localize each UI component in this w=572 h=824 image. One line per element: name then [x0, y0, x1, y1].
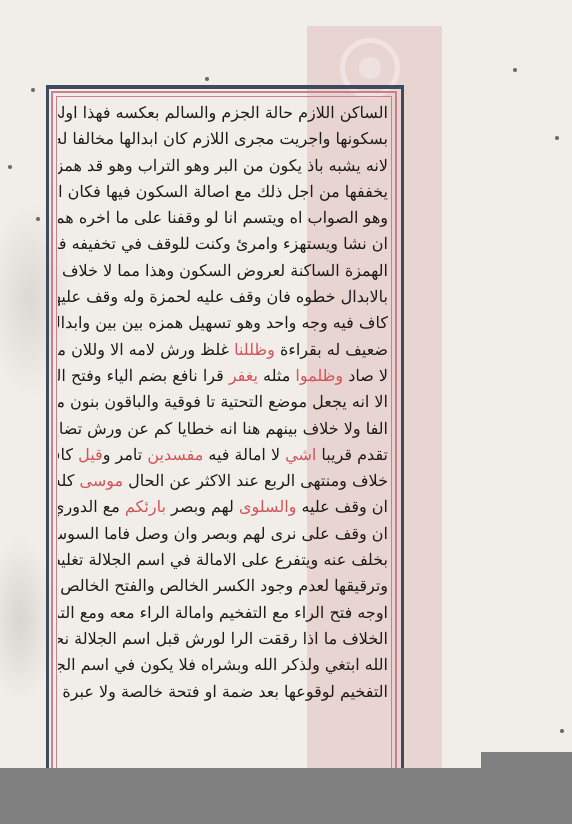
rubric-word: قيل	[78, 445, 103, 464]
ink-speck	[555, 136, 559, 140]
text-line: يخففها من اجل ذلك مع اصالة السكون فيها ف…	[58, 179, 388, 205]
text-line: خلاف ومنتهى الربع عند الاكثر عن الحال مو…	[58, 468, 388, 494]
text-line: كاف فيه وجه واحد وهو تسهيل همزه بين بين …	[58, 310, 388, 336]
rubric-word: وظللنا	[234, 340, 275, 359]
ink-speck	[8, 165, 12, 169]
rubric-word: يغفر	[229, 366, 258, 385]
ink-speck	[560, 729, 564, 733]
text-line: الخلاف ما اذا رققت الرا لورش قبل اسم الج…	[58, 626, 388, 652]
text-line: ان وقف عليه والسلوى لهم وبصر بارئكم مع ا…	[58, 494, 388, 520]
text-line: ضعيف له بقراءة وظللنا غلظ ورش لامه الا و…	[58, 337, 388, 363]
text-line: لانه يشبه باذ يكون من البر وهو التراب وه…	[58, 153, 388, 179]
text-line: ان وقف على نرى لهم وبصر وان وصل فاما الس…	[58, 521, 388, 547]
text-line: الا انه يجعل موضع التحتية تا فوقية والبا…	[58, 389, 388, 415]
text-line: بخلف عنه ويتفرع على الامالة في اسم الجلا…	[58, 547, 388, 573]
text-line: الله ابتغي ولذكر الله وبشراه فلا يكون في…	[58, 652, 388, 678]
text-line: لا صاد وظلموا مثله يغفر قرا نافع بضم الي…	[58, 363, 388, 389]
rubric-word: اشي	[285, 445, 316, 464]
text-line: بالابدال خطوه فان وقف عليه لحمزة وله وقف…	[58, 284, 388, 310]
rubric-word: مفسدين	[147, 445, 203, 464]
scan-border-step	[481, 752, 572, 768]
ink-speck	[205, 77, 209, 81]
manuscript-text: الساكن اللازم حالة الجزم والسالم بعكسه ف…	[58, 100, 388, 705]
text-line: وترقيقها لعدم وجود الكسر الخالص والفتح ا…	[58, 573, 388, 599]
text-line: الساكن اللازم حالة الجزم والسالم بعكسه ف…	[58, 100, 388, 126]
rubric-word: بارئكم	[125, 497, 166, 516]
rubric-word: والسلوى	[239, 497, 296, 516]
text-line: بسكونها واجريت مجرى اللازم كان ابدالها م…	[58, 126, 388, 152]
text-line: التفخيم لوقوعها بعد ضمة او فتحة خالصة ول…	[58, 679, 388, 705]
ink-speck	[36, 217, 40, 221]
scan-border-bottom	[0, 768, 572, 824]
ink-speck	[513, 68, 517, 72]
text-line: الفا ولا خلاف بينهم هنا انه خطايا كم عن …	[58, 416, 388, 442]
text-line: وهو الصواب اه ويتسم انا لو وقفنا على ما …	[58, 205, 388, 231]
text-line: الهمزة الساكنة لعروض السكون وهذا مما لا …	[58, 258, 388, 284]
text-line: تقدم قريبا اشي لا امالة فيه مفسدين تامر …	[58, 442, 388, 468]
text-line: اوجه فتح الراء مع التفخيم وامالة الراء م…	[58, 600, 388, 626]
rubric-word: موسى	[80, 471, 124, 490]
text-line: ان نشا ويستهزء وامرئ وكنت للوقف في تخفيف…	[58, 231, 388, 257]
ink-speck	[31, 88, 35, 92]
rubric-word: وظلموا	[295, 366, 343, 385]
